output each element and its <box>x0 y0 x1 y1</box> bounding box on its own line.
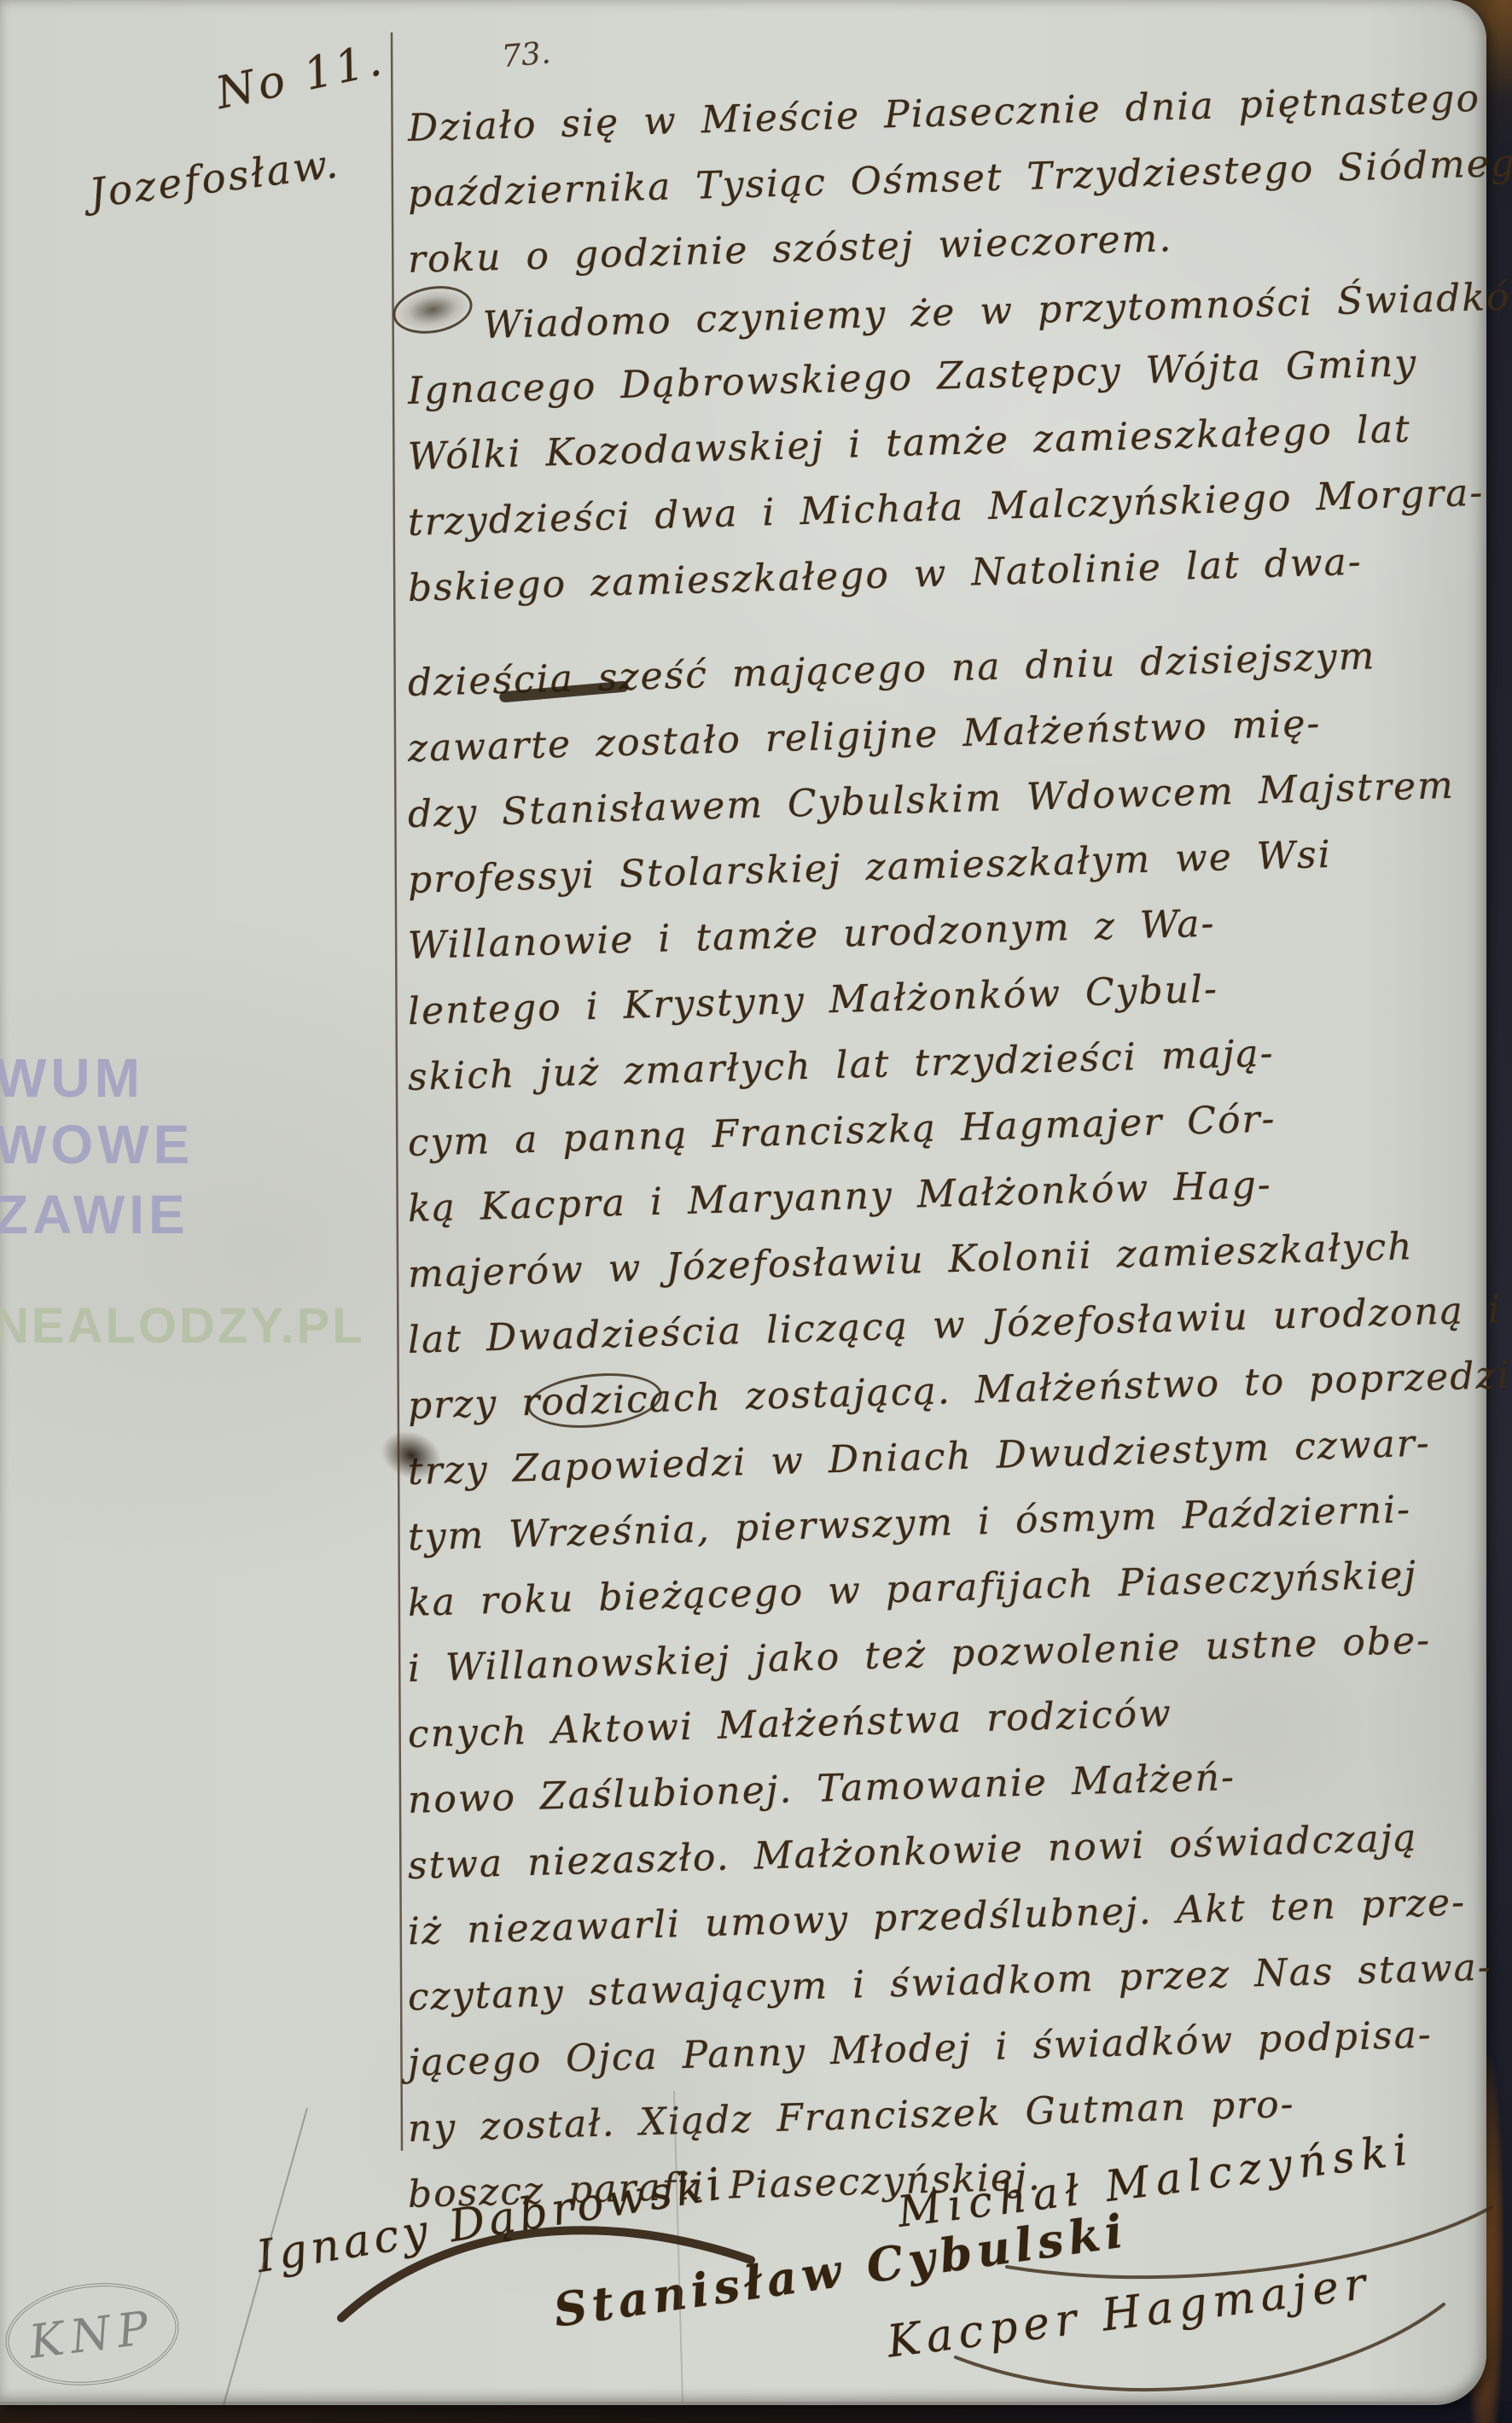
stamp-monogram: KNP <box>26 2300 159 2369</box>
genealogy-site-watermark: NEALODZY.PL <box>0 1297 365 1354</box>
archive-oval-stamp: KNP <box>0 2274 184 2395</box>
scanned-register-photo: WUM WOWE ZAWIE NEALODZY.PL No 11. Jozefo… <box>0 0 1512 2423</box>
manuscript-page: WUM WOWE ZAWIE NEALODZY.PL No 11. Jozefo… <box>0 0 1486 2405</box>
page-number: 73. <box>500 36 552 75</box>
archive-watermark-line-1: WUM <box>0 1046 144 1110</box>
archive-watermark-line-2: WOWE <box>0 1113 194 1176</box>
manuscript-body: Działo się w Mieście Piasecznie dnia pię… <box>408 96 1512 2228</box>
margin-place-name: Jozefosław. <box>87 140 343 218</box>
act-number: No 11. <box>212 34 389 119</box>
archive-watermark-line-3: ZAWIE <box>0 1183 189 1246</box>
